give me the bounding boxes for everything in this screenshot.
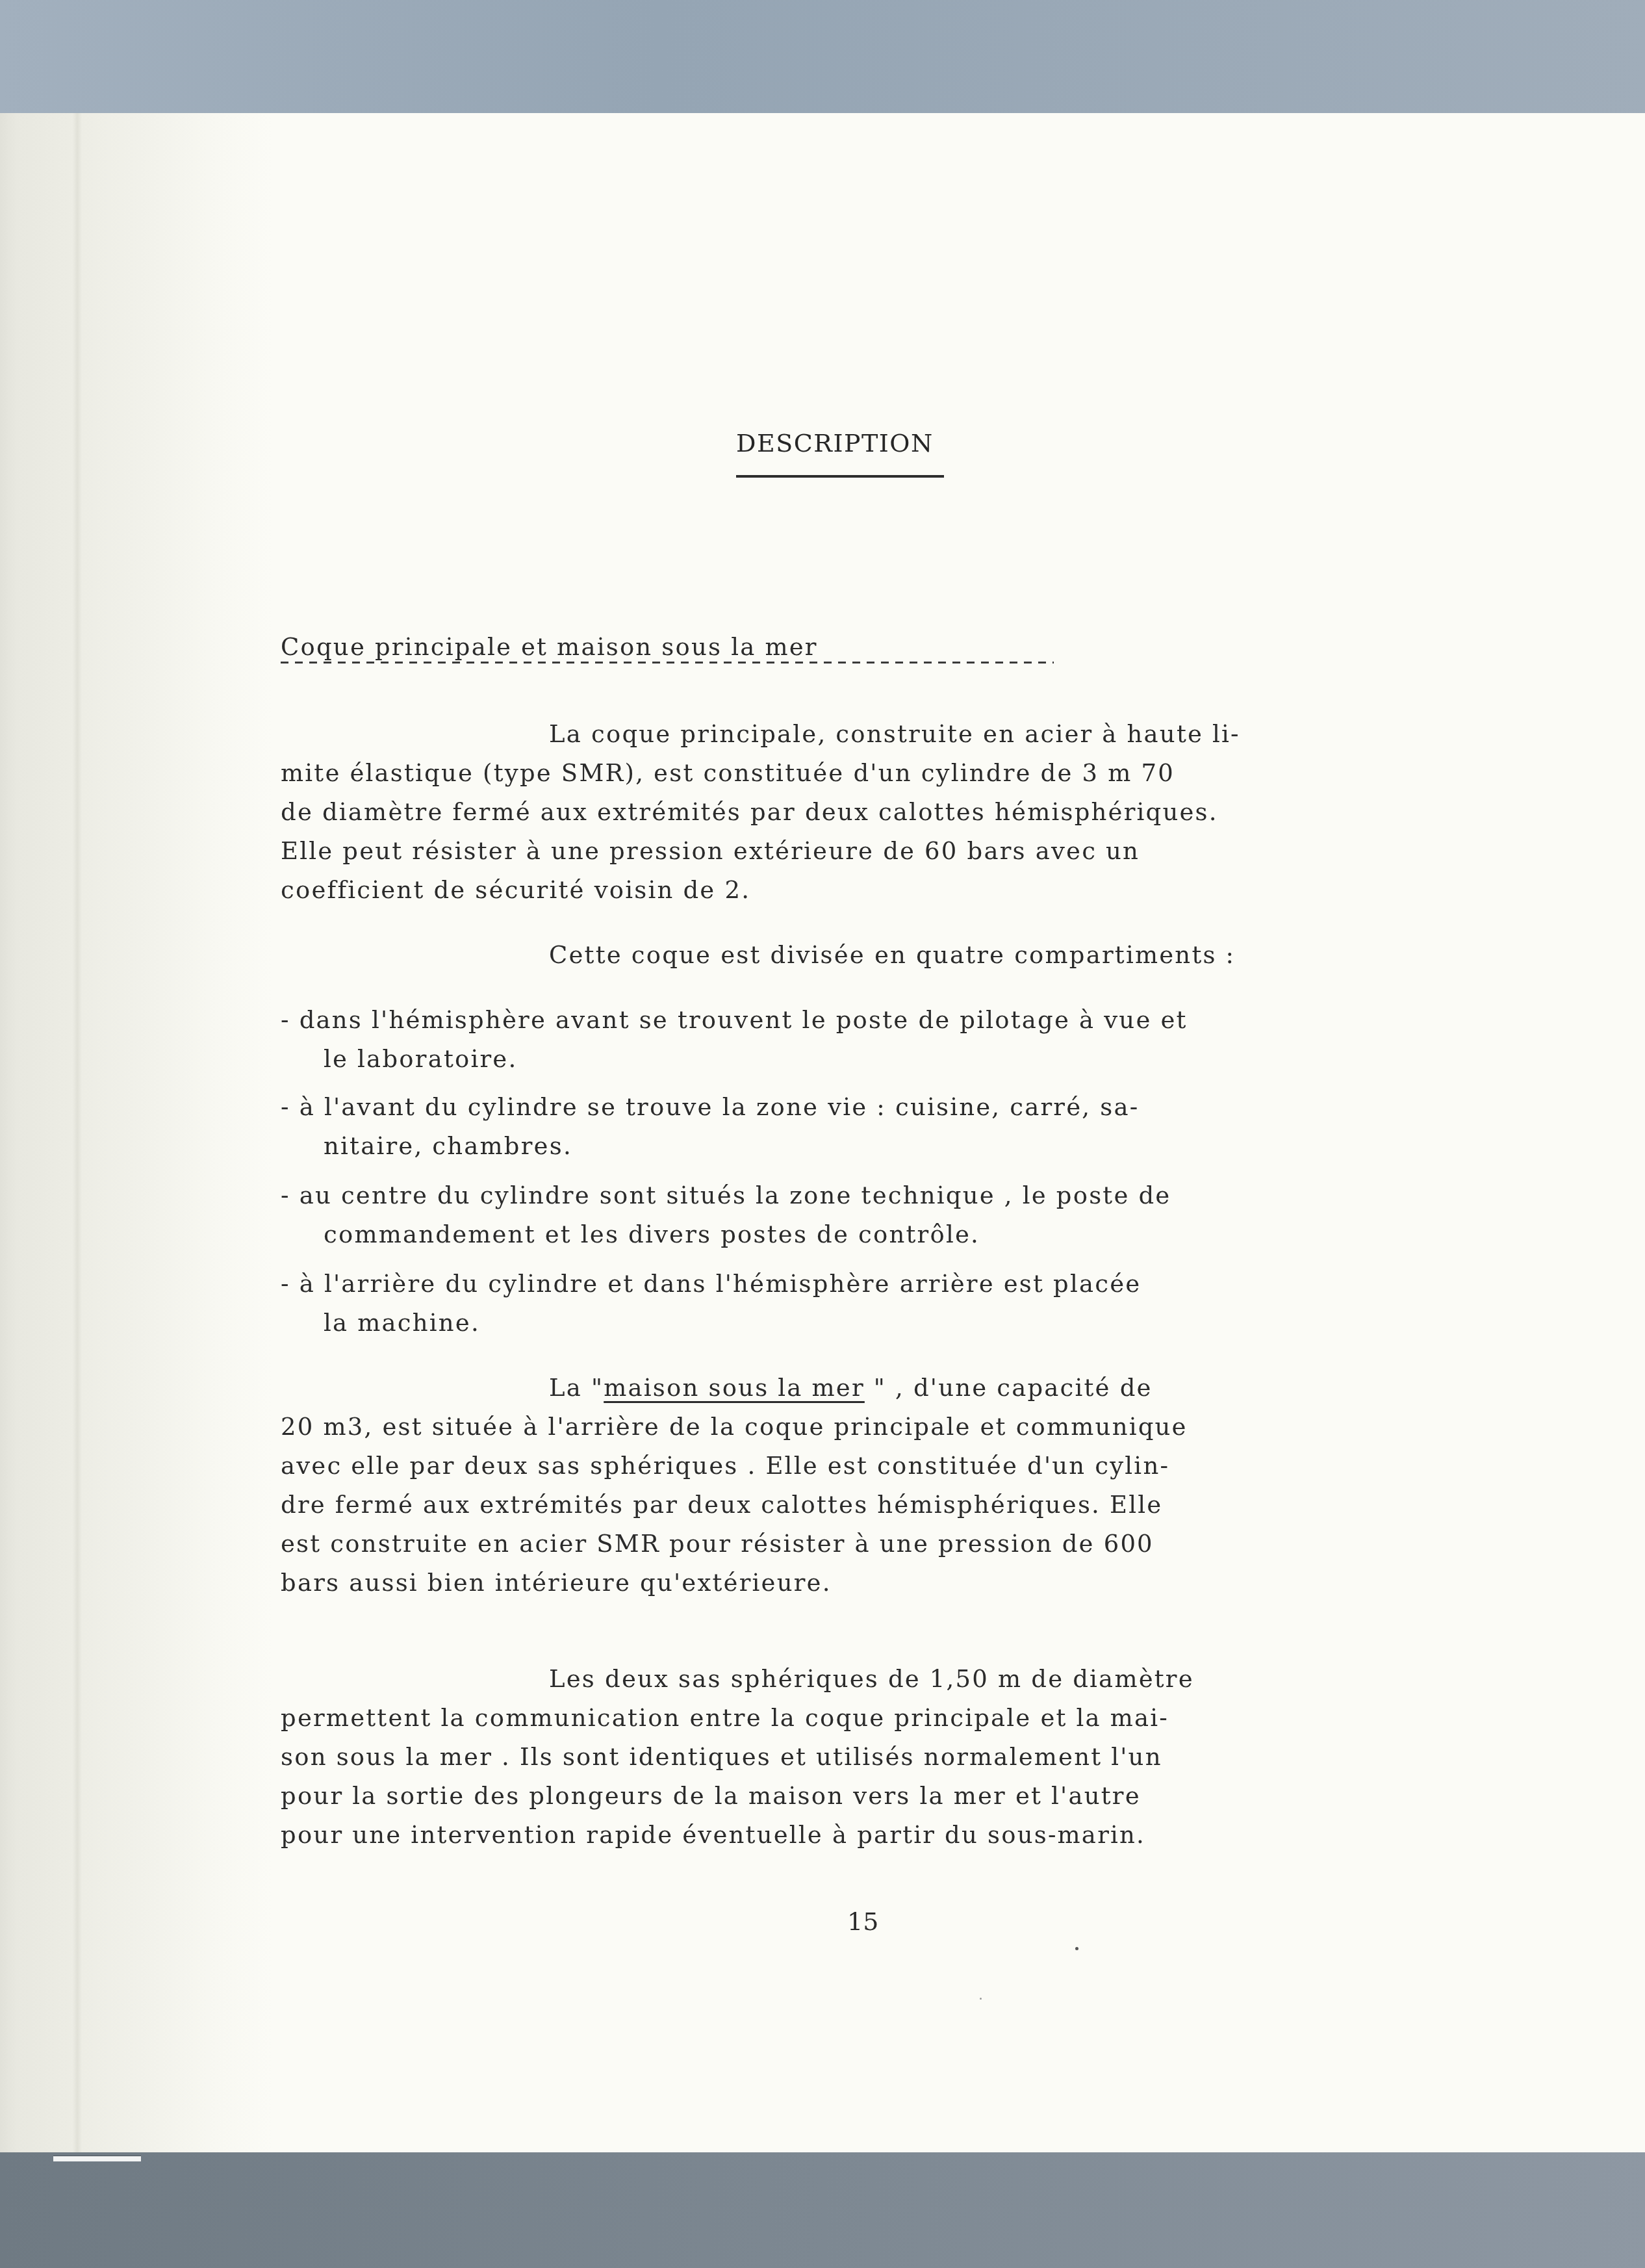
sas-paragraph-line-2: permettent la communication entre la coq… (281, 1699, 1169, 1738)
compartment-item-4-line-1: - à l'arrière du cylindre et dans l'hémi… (281, 1265, 1141, 1304)
page-title: DESCRIPTION (736, 429, 934, 457)
binding-crease (73, 113, 82, 2154)
maison-line-suffix: " , d'une capacité de (865, 1374, 1153, 1402)
sas-paragraph-line-5: pour une intervention rapide éventuelle … (281, 1816, 1145, 1855)
paper-edge-strip (53, 2156, 141, 2161)
document-page: DESCRIPTION Coque principale et maison s… (0, 113, 1645, 2154)
sas-paragraph-line-4: pour la sortie des plongeurs de la maiso… (281, 1777, 1141, 1816)
page-number: 15 (847, 1907, 878, 1936)
scanner-background-top (0, 0, 1645, 114)
compartment-item-3-line-1: - au centre du cylindre sont situés la z… (281, 1176, 1171, 1215)
maison-paragraph-line-3: avec elle par deux sas sphériques . Elle… (281, 1447, 1169, 1486)
maison-line-prefix: La " (549, 1374, 604, 1402)
title-underline (736, 475, 944, 478)
compartment-item-3-line-2: commandement et les divers postes de con… (324, 1215, 980, 1254)
ink-speck (1075, 1947, 1078, 1950)
sas-paragraph-line-3: son sous la mer . Ils sont identiques et… (281, 1738, 1162, 1777)
scanner-background-bottom (0, 2152, 1645, 2268)
paragraph-2-line-1: Cette coque est divisée en quatre compar… (549, 936, 1235, 975)
compartment-item-1-line-1: - dans l'hémisphère avant se trouvent le… (281, 1001, 1188, 1040)
section-heading-dashed-underline (281, 662, 1054, 664)
maison-sous-la-mer-underlined: maison sous la mer (604, 1374, 865, 1402)
section-heading: Coque principale et maison sous la mer (281, 628, 818, 667)
paragraph-1-line-5: coefficient de sécurité voisin de 2. (281, 871, 750, 910)
maison-paragraph-line-6: bars aussi bien intérieure qu'extérieure… (281, 1564, 832, 1603)
maison-paragraph-line-4: dre fermé aux extrémités par deux calott… (281, 1486, 1162, 1525)
compartment-item-2-line-1: - à l'avant du cylindre se trouve la zon… (281, 1088, 1139, 1127)
compartment-item-1-line-2: le laboratoire. (324, 1040, 517, 1079)
paragraph-1-line-4: Elle peut résister à une pression extéri… (281, 832, 1140, 871)
ink-speck (980, 1998, 982, 2000)
paragraph-1-line-3: de diamètre fermé aux extrémités par deu… (281, 793, 1218, 832)
binding-shadow (0, 113, 273, 2154)
compartment-item-2-line-2: nitaire, chambres. (324, 1127, 572, 1166)
paragraph-1-line-2: mite élastique (type SMR), est constitué… (281, 754, 1175, 793)
compartment-item-4-line-2: la machine. (324, 1304, 480, 1343)
maison-paragraph-line-5: est construite en acier SMR pour résiste… (281, 1525, 1154, 1564)
sas-paragraph-line-1: Les deux sas sphériques de 1,50 m de dia… (549, 1660, 1194, 1699)
maison-paragraph-line-1: La "maison sous la mer " , d'une capacit… (549, 1369, 1153, 1408)
paragraph-1-line-1: La coque principale, construite en acier… (549, 715, 1240, 754)
maison-paragraph-line-2: 20 m3, est située à l'arrière de la coqu… (281, 1408, 1188, 1447)
